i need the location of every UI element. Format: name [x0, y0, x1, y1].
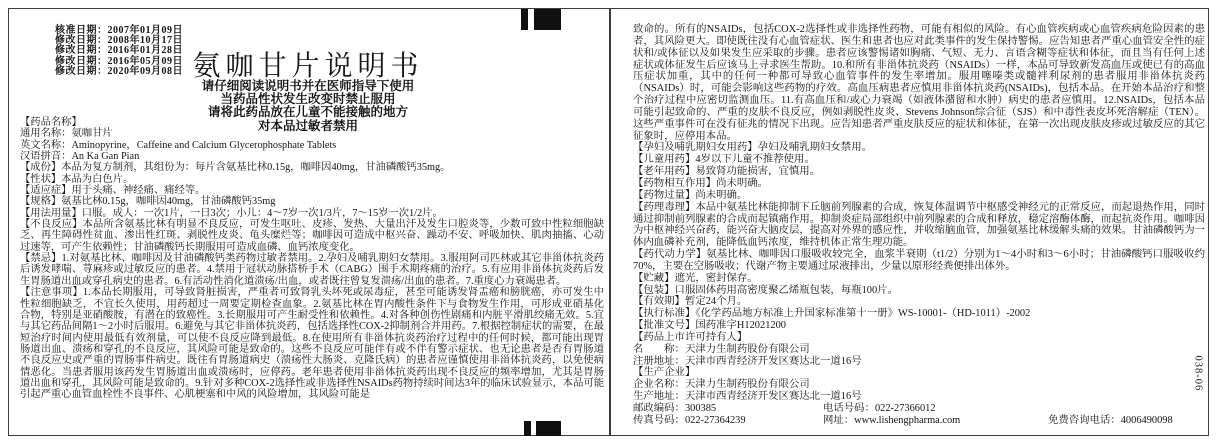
paragraph: 【有效期】暂定24个月。 [633, 296, 1205, 308]
paragraph: 注册地址：天津市西青经济开发区赛达北一道16号 [633, 356, 1205, 368]
paragraph: 通用名称：氨咖甘片 [20, 128, 604, 139]
batch-side-code: 038-06 [1193, 356, 1204, 396]
paragraph: 【规格】氨基比林0.15g，咖啡因40mg，甘油磷酸钙35mg [20, 196, 604, 207]
paragraph: 【成份】本品为复方制剂，其组份为：每片含氨基比林0.15g，咖啡因40mg，甘油… [20, 162, 604, 173]
print-mark-thick-top [534, 9, 561, 30]
paragraph: 名 称：天津力生制药股份有限公司 [633, 344, 1205, 356]
paragraph: 【注意事项】1.本品长期服用，可导致肾脏损害，严重者可致肾乳头坏死或尿毒症，甚至… [20, 287, 604, 400]
paragraph: 【包装】口服固体药用高密度聚乙烯瓶包装，每瓶100片。 [633, 285, 1205, 297]
paragraph: 【药理毒理】本品中氨基比林能抑制下丘脑前列腺素的合成，恢复体温调节中枢感受神经元… [633, 202, 1205, 249]
paragraph: 【儿童用药】4岁以下儿童不推荐使用。 [633, 154, 1205, 166]
paragraph: 【老年用药】易致肾功能损害，宜慎用。 [633, 166, 1205, 178]
paragraph: 【适应症】用于头痛、神经痛、痛经等。 [20, 185, 604, 196]
paragraph: 【禁忌】1.对氨基比林、咖啡因及甘油磷酸钙类药物过敏者禁用。2.孕妇及哺乳期妇女… [20, 253, 604, 287]
right-column-body: 致命的。所有的NSAIDs，包括COX-2选择性或非选择性药物，可能有相似的风险… [633, 24, 1205, 427]
contact-cell [1048, 403, 1205, 415]
paragraph: 【药代动力学】氨基比林、咖啡因口服吸收较完全，血浆半衰期（t1/2）分别为1～4… [633, 249, 1205, 273]
paragraph: 致命的。所有的NSAIDs，包括COX-2选择性或非选择性药物，可能有相似的风险… [633, 24, 1205, 142]
paragraph: 【药物相互作用】尚未明确。 [633, 178, 1205, 190]
paragraph: 【执行标准】《化学药品地方标准上升国家标准第十一册》WS-10001-（HD-1… [633, 308, 1205, 320]
paragraph: 【不良反应】本品所含氨基比林有明显不良反应，可发生呕吐、皮疹、发热、大量出汗及发… [20, 219, 604, 253]
paragraph: 汉语拼音：An Ka Gan Pian [20, 151, 604, 162]
paragraph: 企业名称：天津力生制药股份有限公司 [633, 379, 1205, 391]
contact-cell: 电话号码：022-27366012 [823, 403, 1048, 415]
page-divider-line [609, 8, 611, 436]
contact-cell: 传真号码：022-27364239 [633, 415, 823, 427]
paragraph: 【生产企业】 [633, 367, 1205, 379]
contact-row: 传真号码：022-27364239网址：www.lishengpharma.co… [633, 415, 1205, 427]
paragraph: 【贮藏】遮光，密封保存。 [633, 273, 1205, 285]
paragraph: 【批准文号】国药准字H12021200 [633, 320, 1205, 332]
paragraph: 【药物过量】尚未明确。 [633, 190, 1205, 202]
drug-title: 氨咖甘片说明书 [8, 44, 608, 84]
paragraph: 英文名称：Aminopyrine，Caffeine and Calcium Gl… [20, 140, 604, 151]
contact-table: 邮政编码：300385电话号码：022-27366012传真号码：022-273… [633, 403, 1205, 427]
package-insert-scan: 核准日期：2007年01月09日修改日期：2008年10月17日修改日期：201… [0, 0, 1218, 444]
contact-cell: 邮政编码：300385 [633, 403, 823, 415]
right-paragraphs: 致命的。所有的NSAIDs，包括COX-2选择性或非选择性药物，可能有相似的风险… [633, 24, 1205, 403]
paragraph: 【药品名称】 [20, 117, 604, 128]
paragraph: 【性状】本品为白色片。 [20, 174, 604, 185]
left-column-body: 【药品名称】通用名称：氨咖甘片英文名称：Aminopyrine，Caffeine… [20, 117, 604, 401]
contact-cell: 免费咨询电话：4006490098 [1048, 415, 1205, 427]
paragraph: 【用法用量】口服。成人：一次1片，一日3次；小儿：4～7岁一次1/3片，7～15… [20, 208, 604, 219]
print-mark-thick-bottom [536, 421, 561, 436]
contact-row: 邮政编码：300385电话号码：022-27366012 [633, 403, 1205, 415]
paragraph: 生产地址：天津市西青经济开发区赛达北一道16号 [633, 391, 1205, 403]
contact-cell: 网址：www.lishengpharma.com [823, 415, 1048, 427]
print-mark-thin-top [521, 9, 528, 30]
paragraph: 【孕妇及哺乳期妇女用药】孕妇及哺乳期妇女禁用。 [633, 142, 1205, 154]
print-mark-thin-bottom [524, 421, 531, 436]
paragraph: 【药品上市许可持有人】 [633, 332, 1205, 344]
